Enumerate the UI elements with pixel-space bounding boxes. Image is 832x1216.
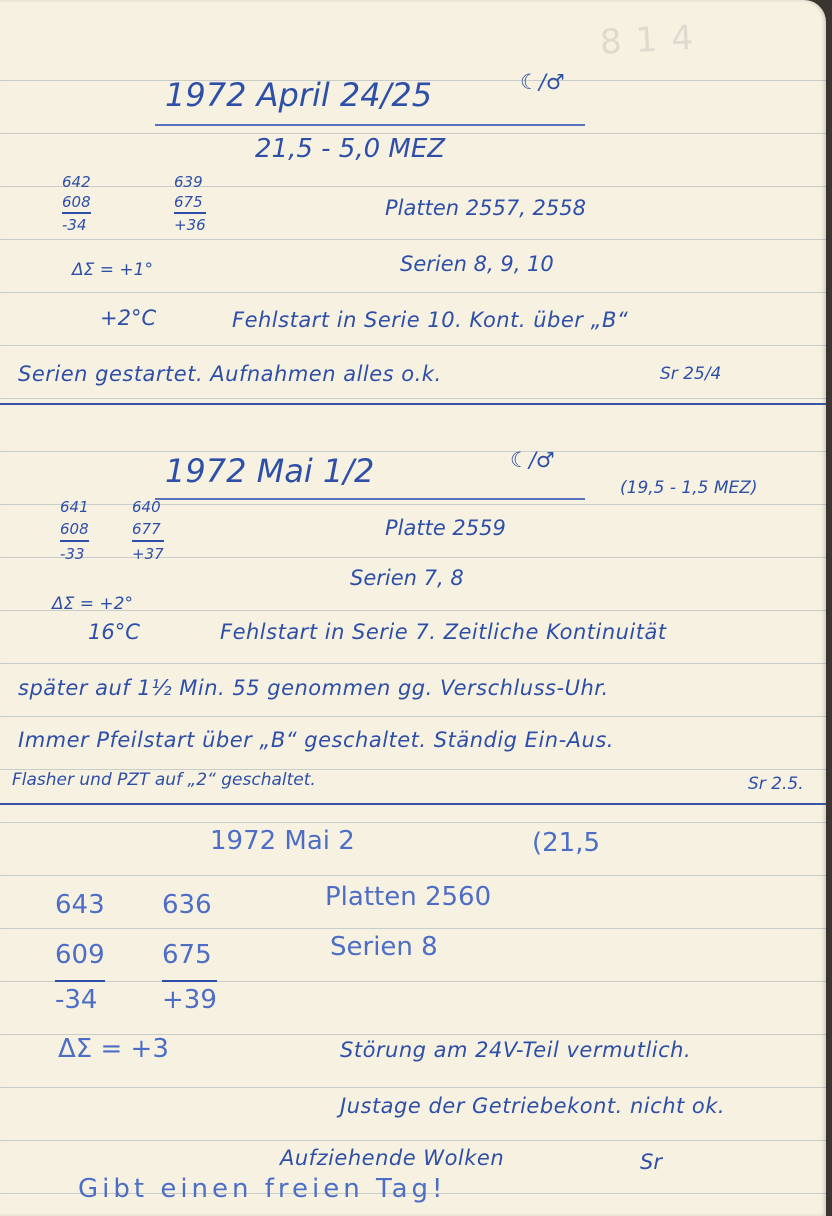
entry-2-delta: ΔΣ = +2° [52,594,133,614]
ghost-page-number: 814 [599,17,708,63]
calc-value: 675 [162,930,217,980]
entry-1-signature: Sr 25/4 [660,364,721,384]
calc-value: 608 [62,192,91,212]
calc-result: +39 [162,980,217,1017]
entry-1-note-1: Fehlstart in Serie 10. Kont. über „B“ [232,308,628,332]
entry-2-calc-col1: 641 608 -33 [60,496,89,565]
calc-value: 642 [62,172,91,192]
entry-1-heading: 1972 April 24/25 [165,76,432,114]
calc-result: -33 [60,540,89,565]
entry-3-footer-note: Gibt einen freien Tag! [78,1174,446,1204]
calc-value: 641 [60,496,89,518]
entry-2-note-1: Fehlstart in Serie 7. Zeitliche Kontinui… [220,620,667,644]
entry-2-note-3: Immer Pfeilstart über „B“ geschaltet. St… [18,728,614,752]
calc-value: 640 [132,496,164,518]
calc-value: 677 [132,518,164,540]
entry-2-plates: Platte 2559 [385,516,506,540]
calc-result: -34 [62,212,91,235]
entry-separator [0,403,826,405]
entry-2-symbols: ☾/♂ [510,448,555,472]
entry-1-series: Serien 8, 9, 10 [400,252,554,276]
entry-1-symbols: ☾/♂ [520,70,565,94]
calc-value: 608 [60,518,89,540]
entry-1-note-2: Serien gestartet. Aufnahmen alles o.k. [18,362,442,386]
entry-2-series: Serien 7, 8 [350,566,464,590]
entry-3-time: (21,5 [532,828,600,858]
entry-3-plates: Platten 2560 [325,882,491,912]
entry-2-temperature: 16°C [88,620,140,644]
entry-1-plates: Platten 2557, 2558 [385,196,586,220]
notebook-page: 814 1972 April 24/25 ☾/♂ 21,5 - 5,0 MEZ … [0,0,826,1216]
entry-3-signature: Sr [640,1150,662,1174]
entry-2-signature: Sr 2.5. [748,774,804,794]
calc-result: -34 [55,980,105,1017]
calc-result: +37 [132,540,164,565]
calc-value: 643 [55,880,105,930]
entry-3-series: Serien 8 [330,932,438,962]
entry-1-time: 21,5 - 5,0 MEZ [255,134,445,164]
entry-2-time: (19,5 - 1,5 MEZ) [620,478,758,498]
entry-3-note-1: Störung am 24V-Teil vermutlich. [340,1038,691,1062]
entry-2-heading-underline [155,498,585,500]
entry-separator [0,803,826,805]
entry-3-delta: ΔΣ = +3 [58,1034,169,1064]
calc-value: 636 [162,880,217,930]
entry-2-note-4: Flasher und PZT auf „2“ geschaltet. [12,770,316,790]
entry-1-calc-col2: 639 675 +36 [174,172,206,235]
entry-2-note-2: später auf 1½ Min. 55 genommen gg. Versc… [18,676,609,700]
entry-2-heading: 1972 Mai 1/2 [165,452,374,490]
entry-3-calc-col1: 643 609 -34 [55,880,105,1017]
calc-value: 609 [55,930,105,980]
entry-3-heading: 1972 Mai 2 [210,826,355,856]
entry-3-note-2: Justage der Getriebekont. nicht ok. [340,1094,725,1118]
entry-3-calc-col2: 636 675 +39 [162,880,217,1017]
calc-value: 675 [174,192,206,212]
entry-1-calc-col1: 642 608 -34 [62,172,91,235]
entry-3-note-3: Aufziehende Wolken [280,1146,504,1170]
entry-2-calc-col2: 640 677 +37 [132,496,164,565]
calc-result: +36 [174,212,206,235]
entry-1-delta: ΔΣ = +1° [72,260,153,280]
entry-1-heading-underline [155,124,585,126]
calc-value: 639 [174,172,206,192]
entry-1-temperature: +2°C [100,306,156,330]
